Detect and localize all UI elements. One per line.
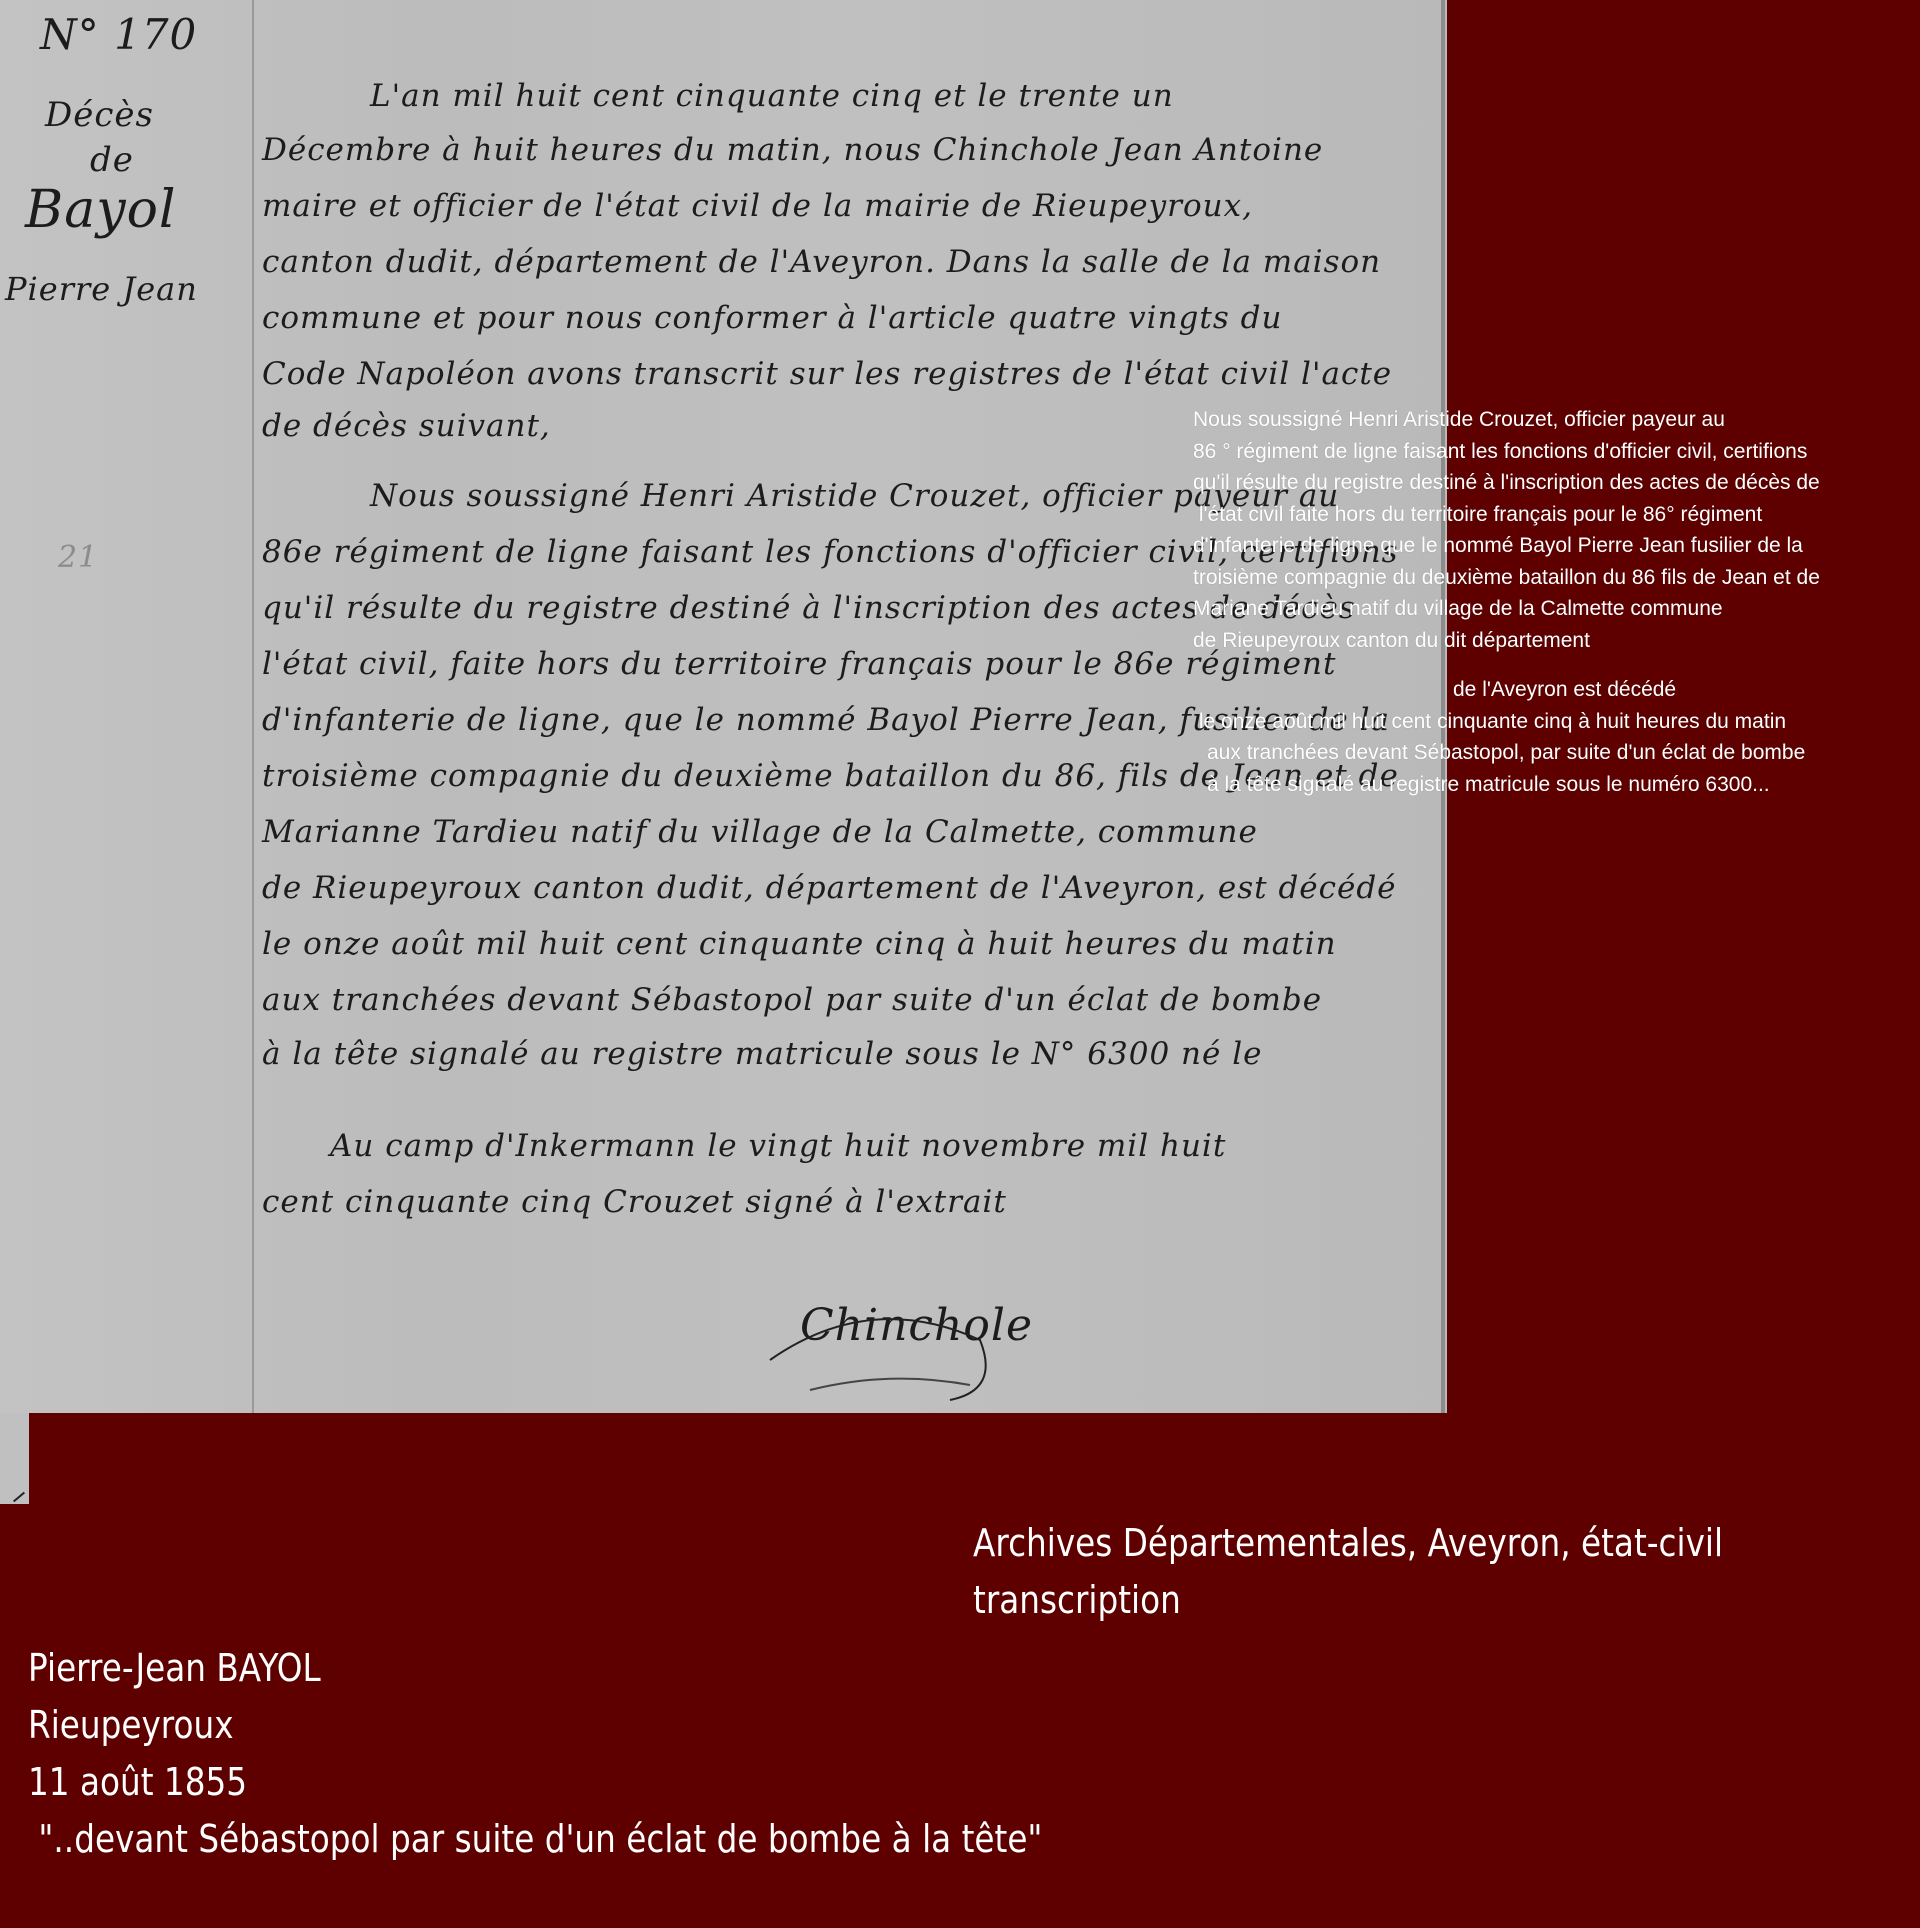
handwritten-line: à la tête signalé au registre matricule …	[262, 1036, 1262, 1072]
subject-name: Pierre-Jean BAYOL	[28, 1640, 1042, 1697]
handwritten-line: le onze août mil huit cent cinquante cin…	[262, 926, 1337, 962]
margin-given-names: Pierre Jean	[5, 270, 198, 308]
handwritten-line: L'an mil huit cent cinquante cinq et le …	[370, 78, 1174, 114]
act-preposition: de	[90, 140, 134, 180]
handwritten-line: qu'il résulte du registre destiné à l'in…	[262, 590, 1356, 626]
margin-surname: Bayol	[25, 180, 177, 240]
transcription-line: à la tête signalé au registre matricule …	[1193, 769, 1913, 801]
act-type: Décès	[45, 95, 154, 135]
transcription-line: 86 ° régiment de ligne faisant les fonct…	[1193, 436, 1913, 468]
source-archive: Archives Départementales, Aveyron, état-…	[973, 1515, 1723, 1572]
subject-place: Rieupeyroux	[28, 1697, 1042, 1754]
handwritten-line: aux tranchées devant Sébastopol par suit…	[262, 982, 1322, 1018]
transcription-line: Mariane Tardieu natif du village de la C…	[1193, 593, 1913, 625]
handwritten-line: commune et pour nous conformer à l'artic…	[262, 300, 1282, 336]
transcription-line: de l'Aveyron est décédé	[1193, 674, 1913, 706]
handwritten-line: de décès suivant,	[262, 408, 551, 444]
subject-caption: Pierre-Jean BAYOL Rieupeyroux 11 août 18…	[28, 1640, 1042, 1868]
handwritten-line: l'état civil, faite hors du territoire f…	[262, 646, 1336, 682]
handwritten-line: maire et officier de l'état civil de la …	[262, 188, 1253, 224]
handwritten-line: Marianne Tardieu natif du village de la …	[262, 814, 1258, 850]
handwritten-line: Code Napoléon avons transcrit sur les re…	[262, 356, 1392, 392]
scan-corner-strip	[0, 1413, 29, 1504]
handwritten-line: cent cinquante cinq Crouzet signé à l'ex…	[262, 1184, 1007, 1220]
source-label: transcription	[973, 1572, 1723, 1629]
transcription-line: de Rieupeyroux canton du dit département	[1193, 625, 1913, 657]
transcription-line: d'infanterie de ligne que le nommé Bayol…	[1193, 530, 1913, 562]
source-caption: Archives Départementales, Aveyron, état-…	[973, 1515, 1723, 1629]
transcription-line: qu'il résulte du registre destiné à l'in…	[1193, 467, 1913, 499]
transcription-line: le onze août mil huit cent cinquante cin…	[1193, 706, 1913, 738]
handwritten-line: de Rieupeyroux canton dudit, département…	[262, 870, 1397, 906]
transcription-overlay: Nous soussigné Henri Aristide Crouzet, o…	[1193, 404, 1913, 800]
subject-quote: "..devant Sébastopol par suite d'un écla…	[28, 1811, 1042, 1868]
transcription-line: troisième compagnie du deuxième bataillo…	[1193, 562, 1913, 594]
signature-flourish-icon	[750, 1300, 1010, 1410]
transcription-line: Nous soussigné Henri Aristide Crouzet, o…	[1193, 404, 1913, 436]
margin-faint-number: 21	[58, 540, 98, 575]
handwritten-line: Décembre à huit heures du matin, nous Ch…	[262, 132, 1323, 168]
handwritten-line: canton dudit, département de l'Aveyron. …	[262, 244, 1381, 280]
act-number: N° 170	[40, 10, 197, 59]
transcription-line: aux tranchées devant Sébastopol, par sui…	[1193, 737, 1913, 769]
transcription-line: l'état civil faite hors du territoire fr…	[1193, 499, 1913, 531]
margin-rule	[252, 0, 254, 1413]
subject-date: 11 août 1855	[28, 1754, 1042, 1811]
handwritten-line: Au camp d'Inkermann le vingt huit novemb…	[330, 1128, 1226, 1164]
